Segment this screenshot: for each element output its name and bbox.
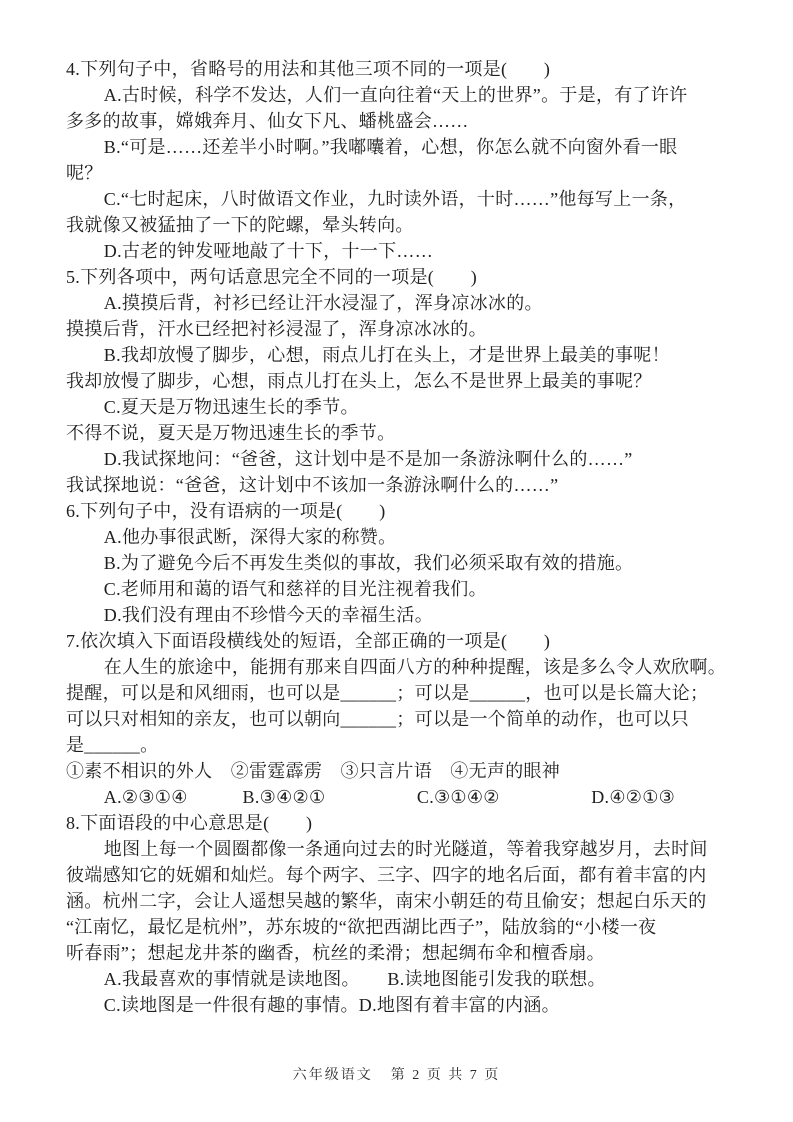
q4-stem: 4.下列句子中，省略号的用法和其他三项不同的一项是( ) [66, 56, 737, 82]
q7-passage-line-1: 在人生的旅途中，能拥有那来自四面八方的种种提醒，该是多么令人欢欣啊。 [66, 654, 737, 680]
q4-option-c-cont: 我就像又被猛抽了一下的陀螺，晕头转向。 [66, 212, 737, 238]
question-8: 8.下面语段的中心意思是( ) 地图上每一个圆圈都像一条通向过去的时光隧道，等着… [66, 810, 737, 1018]
exam-page: 4.下列句子中，省略号的用法和其他三项不同的一项是( ) A.古时候，科学不发达… [0, 0, 793, 1122]
q8-options-c-d: C.读地图是一件很有趣的事情。D.地图有着丰富的内涵。 [66, 992, 737, 1018]
q5-option-c: C.夏天是万物迅速生长的季节。 [66, 394, 737, 420]
q5-option-d-pair: 我试探地说：“爸爸，这计划中不该加一条游泳啊什么的……” [66, 472, 737, 498]
q6-option-d: D.我们没有理由不珍惜今天的幸福生活。 [66, 602, 737, 628]
q4-option-b-cont: 呢？ [66, 160, 737, 186]
q6-option-b: B.为了避免今后不再发生类似的事故，我们必须采取有效的措施。 [66, 550, 737, 576]
page-footer: 六年级语文第 2 页 共 7 页 [0, 1064, 793, 1084]
question-5: 5.下列各项中，两句话意思完全不同的一项是( ) A.摸摸后背，衬衫已经让汗水浸… [66, 264, 737, 498]
q7-passage-line-3: 可以只对相知的亲友，也可以朝向______；可以是一个简单的动作，也可以只 [66, 706, 737, 732]
q5-option-b-pair: 我却放慢了脚步，心想，雨点儿打在头上，怎么不是世界上最美的事呢？ [66, 368, 737, 394]
q4-option-c: C.“七时起床，八时做语文作业，九时读外语，十时……”他每写上一条， [66, 186, 737, 212]
question-7: 7.依次填入下面语段横线处的短语，全部正确的一项是( ) 在人生的旅途中，能拥有… [66, 628, 737, 810]
q8-stem: 8.下面语段的中心意思是( ) [66, 810, 737, 836]
footer-doc-title: 六年级语文 [293, 1068, 373, 1083]
q6-stem: 6.下列句子中，没有语病的一项是( ) [66, 498, 737, 524]
q7-stem: 7.依次填入下面语段横线处的短语，全部正确的一项是( ) [66, 628, 737, 654]
q8-passage-line-5: 听春雨”；想起龙井茶的幽香，杭丝的柔滑；想起绸布伞和檀香扇。 [66, 940, 737, 966]
q7-phrase-list: ①素不相识的外人 ②雷霆霹雳 ③只言片语 ④无声的眼神 [66, 758, 737, 784]
q6-option-a: A.他办事很武断，深得大家的称赞。 [66, 524, 737, 550]
q5-option-c-pair: 不得不说，夏天是万物迅速生长的季节。 [66, 420, 737, 446]
q8-passage-line-2: 彼端感知它的妩媚和灿烂。每个两字、三字、四字的地名后面，都有着丰富的内 [66, 862, 737, 888]
question-6: 6.下列句子中，没有语病的一项是( ) A.他办事很武断，深得大家的称赞。 B.… [66, 498, 737, 628]
q5-option-a-pair: 摸摸后背，汗水已经把衬衫浸湿了，浑身凉冰冰的。 [66, 316, 737, 342]
q7-passage-line-4: 是______。 [66, 732, 737, 758]
q8-passage-line-4: “江南忆，最忆是杭州”，苏东坡的“欲把西湖比西子”，陆放翁的“小楼一夜 [66, 914, 737, 940]
q8-options-a-b: A.我最喜欢的事情就是读地图。 B.读地图能引发我的联想。 [66, 966, 737, 992]
q5-option-d: D.我试探地问：“爸爸，这计划中是不是加一条游泳啊什么的……” [66, 446, 737, 472]
q6-option-c: C.老师用和蔼的语气和慈祥的目光注视着我们。 [66, 576, 737, 602]
q8-passage-line-3: 涵。杭州二字，会让人遥想吴越的繁华，南宋小朝廷的苟且偷安；想起白乐天的 [66, 888, 737, 914]
q4-option-d: D.古老的钟发哑地敲了十下，十一下…… [66, 238, 737, 264]
q4-option-b: B.“可是……还差半小时啊。”我嘟囔着，心想，你怎么就不向窗外看一眼 [66, 134, 737, 160]
q5-stem: 5.下列各项中，两句话意思完全不同的一项是( ) [66, 264, 737, 290]
q5-option-b: B.我却放慢了脚步，心想，雨点儿打在头上，才是世界上最美的事呢！ [66, 342, 737, 368]
question-4: 4.下列句子中，省略号的用法和其他三项不同的一项是( ) A.古时候，科学不发达… [66, 56, 737, 264]
q7-answer-options: A.②③①④ B.③④②① C.③①④② D.④②①③ [66, 784, 737, 810]
q4-option-a-cont: 多多的故事，嫦娥奔月、仙女下凡、蟠桃盛会…… [66, 108, 737, 134]
footer-page-indicator: 第 2 页 共 7 页 [391, 1068, 501, 1083]
q7-passage-line-2: 提醒，可以是和风细雨，也可以是______；可以是______，也可以是长篇大论… [66, 680, 737, 706]
q5-option-a: A.摸摸后背，衬衫已经让汗水浸湿了，浑身凉冰冰的。 [66, 290, 737, 316]
q4-option-a: A.古时候，科学不发达，人们一直向往着“天上的世界”。于是，有了许许 [66, 82, 737, 108]
q8-passage-line-1: 地图上每一个圆圈都像一条通向过去的时光隧道，等着我穿越岁月，去时间 [66, 836, 737, 862]
